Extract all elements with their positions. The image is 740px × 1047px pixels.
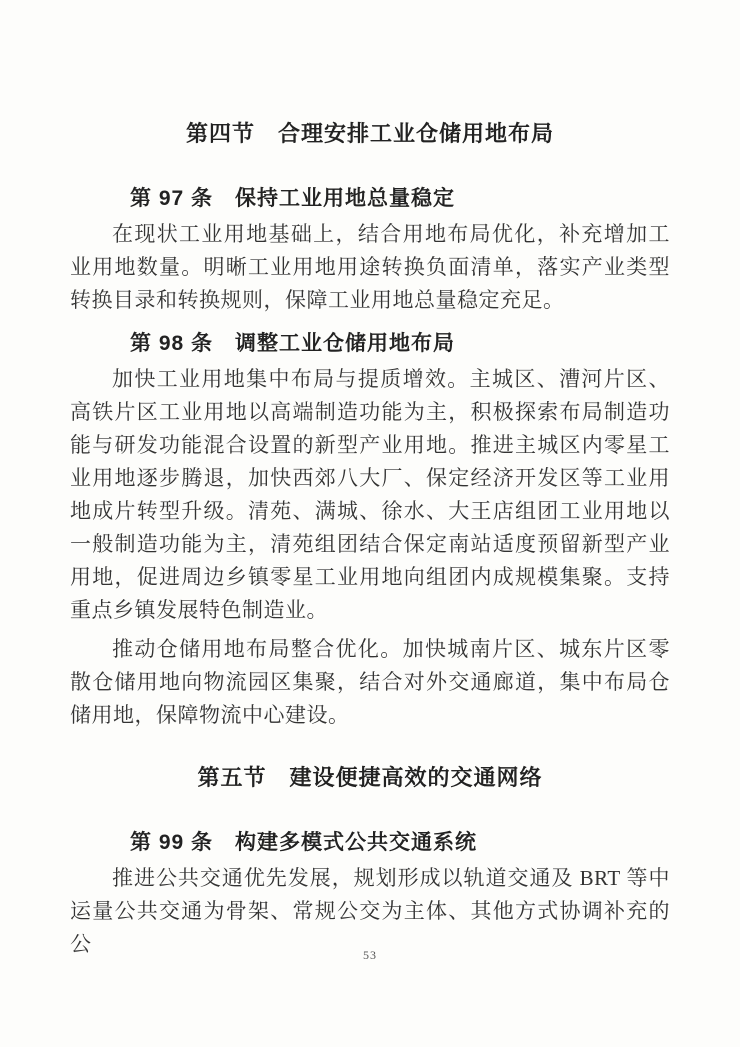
section-heading-4: 第四节 合理安排工业仓储用地布局 xyxy=(70,120,670,148)
article-heading-98: 第 98 条 调整工业仓储用地布局 xyxy=(70,331,670,357)
section-break xyxy=(70,732,670,764)
document-page: 第四节 合理安排工业仓储用地布局 第 97 条 保持工业用地总量稳定 在现状工业… xyxy=(0,0,740,1047)
paragraph: 加快工业用地集中布局与提质增效。主城区、漕河片区、高铁片区工业用地以高端制造功能… xyxy=(70,363,670,627)
paragraph: 推动仓储用地布局整合优化。加快城南片区、城东片区零散仓储用地向物流园区集聚，结合… xyxy=(70,633,670,732)
paragraph: 推进公共交通优先发展，规划形成以轨道交通及 BRT 等中运量公共交通为骨架、常规… xyxy=(70,862,670,961)
article-heading-97: 第 97 条 保持工业用地总量稳定 xyxy=(70,186,670,212)
section-heading-5: 第五节 建设便捷高效的交通网络 xyxy=(70,764,670,792)
article-heading-99: 第 99 条 构建多模式公共交通系统 xyxy=(70,830,670,856)
page-number: 53 xyxy=(0,948,740,963)
paragraph: 在现状工业用地基础上，结合用地布局优化，补充增加工业用地数量。明晰工业用地用途转… xyxy=(70,218,670,317)
page-content: 第四节 合理安排工业仓储用地布局 第 97 条 保持工业用地总量稳定 在现状工业… xyxy=(0,0,740,961)
